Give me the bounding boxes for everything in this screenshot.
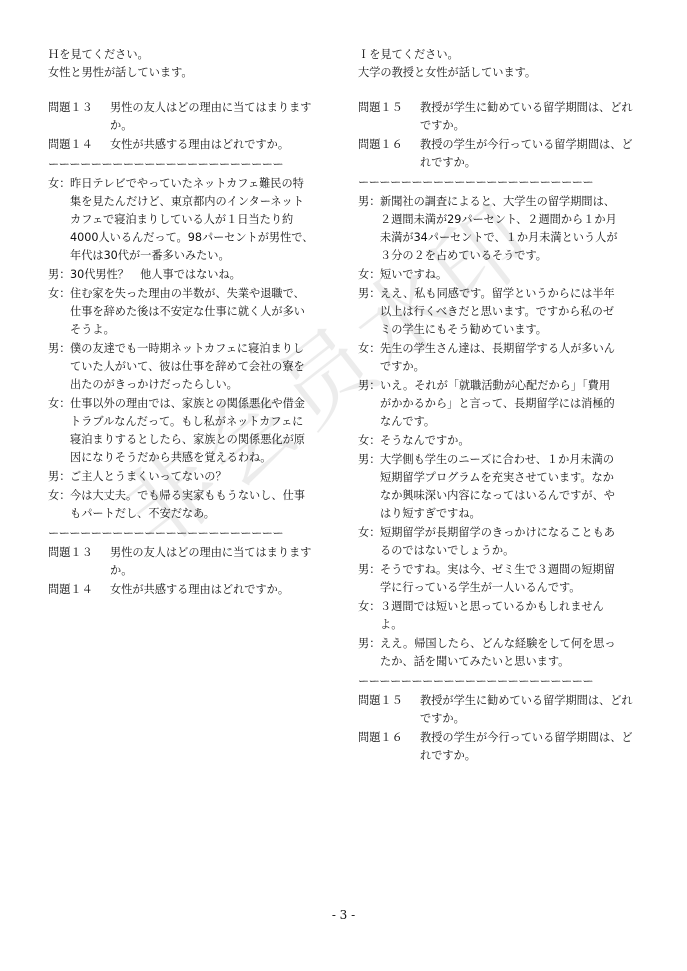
dialogue-line: 今は大丈夫。でも帰る実家ももうないし、仕事	[70, 487, 338, 505]
dialogue-line: 出たのがきっかけだったらしい。	[70, 376, 338, 394]
dialogue-line: 因になりそうだから共感を覚えるわね。	[70, 449, 338, 467]
question-text: 教授の学生が今行っている留学期間は、ど	[420, 729, 648, 747]
question-13: 問題１３ 男性の友人はどの理由に当てはまりますか。	[48, 99, 338, 135]
dialogue-line: ３分の２を占めているそうです。	[380, 247, 648, 265]
dialogue-turn: 男： そうですね。実は今、ゼミ生で３週間の短期留 学に行っている学生が一人いるん…	[358, 561, 648, 597]
speaker-label: 女：	[48, 487, 70, 523]
dialogue-turn: 女： 先生の学生さん達は、長期留学する人が多いん ですか。	[358, 340, 648, 376]
question-text: れですか。	[420, 747, 648, 765]
speaker-label: 女：	[358, 266, 380, 284]
speaker-label: 男：	[48, 468, 70, 486]
question-15: 問題１５ 教授が学生に勧めている留学期間は、どれですか。	[358, 692, 648, 728]
page-number: - 3 -	[0, 906, 687, 924]
dialogue-line: 短いですね。	[380, 266, 648, 284]
speaker-label: 男：	[358, 451, 380, 523]
question-14: 問題１４ 女性が共感する理由はどれですか。	[48, 136, 338, 154]
dialogue-line: 4000人いるんだって。98パーセントが男性で、	[70, 229, 338, 247]
separator-line: ーーーーーーーーーーーーーーーーーーーーーー	[358, 173, 648, 193]
dialogue-turn: 男： ええ、私も同感です。留学というからには半年 以上は行くべきだと思います。で…	[358, 285, 648, 339]
dialogue-line: ですか。	[380, 358, 648, 376]
dialogue-line: 住む家を失った理由の半数が、失業や退職で、	[70, 285, 338, 303]
question-number: 問題１５	[358, 99, 420, 135]
question-number: 問題１５	[358, 692, 420, 728]
dialogue-line: そうなんですか。	[380, 432, 648, 450]
dialogue-line: 学に行っている学生が一人いるんです。	[380, 579, 648, 597]
dialogue-line: 30代男性？ 他人事ではないね。	[70, 266, 338, 284]
intro-line: Ｉを見てください。	[358, 46, 648, 64]
dialogue-line: 大学側も学生のニーズに合わせ、１か月未満の	[380, 451, 648, 469]
question-14: 問題１４ 女性が共感する理由はどれですか。	[48, 581, 338, 599]
question-number: 問題１３	[48, 544, 110, 580]
question-text: 男性の友人はどの理由に当てはまります	[110, 544, 338, 562]
speaker-label: 女：	[358, 524, 380, 560]
dialogue-line: いえ。それが「就職活動が心配だから」「費用	[380, 377, 648, 395]
dialogue-turn: 女： 短いですね。	[358, 266, 648, 284]
dialogue-line: 仕事を辞めた後は不安定な仕事に就く人が多い	[70, 303, 338, 321]
dialogue-line: ていた人がいて、彼は仕事を辞めて会社の寮を	[70, 358, 338, 376]
speaker-label: 女：	[48, 395, 70, 467]
question-text: か。	[110, 562, 338, 580]
dialogue-turn: 女： 仕事以外の理由では、家族との関係悪化や借金 トラブルなんだって。もし私がネ…	[48, 395, 338, 467]
dialogue-line: ご主人とうまくいってないの？	[70, 468, 338, 486]
speaker-label: 男：	[48, 266, 70, 284]
question-text: か。	[110, 117, 338, 135]
dialogue-line: 仕事以外の理由では、家族との関係悪化や借金	[70, 395, 338, 413]
question-16: 問題１６ 教授の学生が今行っている留学期間は、どれですか。	[358, 729, 648, 765]
dialogue-line: がかかるから」と言って、長期留学には消極的	[380, 395, 648, 413]
dialogue-line: そうよ。	[70, 321, 338, 339]
question-text: 教授が学生に勧めている留学期間は、どれ	[420, 692, 648, 710]
left-column: Ｈを見てください。 女性と男性が話しています。 問題１３ 男性の友人はどの理由に…	[48, 46, 338, 600]
question-text: 女性が共感する理由はどれですか。	[110, 136, 338, 154]
dialogue-line: 未満が34パーセントで、１か月未満という人が	[380, 229, 648, 247]
dialogue-line: 以上は行くべきだと思います。ですから私のゼ	[380, 303, 648, 321]
separator-line: ーーーーーーーーーーーーーーーーーーーーーー	[48, 155, 338, 175]
dialogue-turn: 男： ええ。帰国したら、どんな経験をして何を思っ たか、話を聞いてみたいと思いま…	[358, 635, 648, 671]
speaker-label: 男：	[358, 377, 380, 431]
dialogue-turn: 男： 新聞社の調査によると、大学生の留学期間は、 ２週間未満が29パーセント、２…	[358, 193, 648, 265]
speaker-label: 男：	[48, 340, 70, 394]
dialogue-line: 新聞社の調査によると、大学生の留学期間は、	[380, 193, 648, 211]
dialogue-turn: 女： そうなんですか。	[358, 432, 648, 450]
dialogue-line: 短期留学が長期留学のきっかけになることもあ	[380, 524, 648, 542]
dialogue-line: ミの学生にもそう勧めています。	[380, 321, 648, 339]
speaker-label: 女：	[358, 340, 380, 376]
speaker-label: 男：	[358, 635, 380, 671]
question-text: 女性が共感する理由はどれですか。	[110, 581, 338, 599]
dialogue-line: 僕の友達でも一時期ネットカフェに寝泊まりし	[70, 340, 338, 358]
dialogue-line: トラブルなんだって。もし私がネットカフェに	[70, 413, 338, 431]
dialogue-turn: 男： いえ。それが「就職活動が心配だから」「費用 がかかるから」と言って、長期留…	[358, 377, 648, 431]
dialogue-line: ２週間未満が29パーセント、２週間から１か月	[380, 211, 648, 229]
question-number: 問題１６	[358, 729, 420, 765]
dialogue-line: なんです。	[380, 413, 648, 431]
intro-line: Ｈを見てください。	[48, 46, 338, 64]
speaker-label: 女：	[358, 598, 380, 634]
dialogue-line: なか興味深い内容になってはいるんですが、や	[380, 487, 648, 505]
question-15: 問題１５ 教授が学生に勧めている留学期間は、どれですか。	[358, 99, 648, 135]
question-text: れですか。	[420, 154, 648, 172]
dialogue-turn: 男： ご主人とうまくいってないの？	[48, 468, 338, 486]
dialogue-line: 寝泊まりするとしたら、家族との関係悪化が原	[70, 431, 338, 449]
dialogue-line: るのではないでしょうか。	[380, 542, 648, 560]
dialogue-turn: 男： 大学側も学生のニーズに合わせ、１か月未満の 短期留学プログラムを充実させて…	[358, 451, 648, 523]
dialogue-turn: 女： ３週間では短いと思っているかもしれません よ。	[358, 598, 648, 634]
speaker-label: 女：	[48, 175, 70, 265]
speaker-label: 男：	[358, 193, 380, 265]
dialogue-line: もパートだし、不安だなあ。	[70, 505, 338, 523]
question-text: ですか。	[420, 117, 648, 135]
dialogue-line: たか、話を聞いてみたいと思います。	[380, 653, 648, 671]
question-text: ですか。	[420, 710, 648, 728]
question-number: 問題１４	[48, 581, 110, 599]
question-13: 問題１３ 男性の友人はどの理由に当てはまりますか。	[48, 544, 338, 580]
dialogue-line: 年代は30代が一番多いみたい。	[70, 247, 338, 265]
intro-line: 女性と男性が話しています。	[48, 64, 338, 82]
dialogue-turn: 男： 僕の友達でも一時期ネットカフェに寝泊まりし ていた人がいて、彼は仕事を辞め…	[48, 340, 338, 394]
right-column: Ｉを見てください。 大学の教授と女性が話しています。 問題１５ 教授が学生に勧め…	[358, 46, 648, 766]
speaker-label: 男：	[358, 561, 380, 597]
question-number: 問題１３	[48, 99, 110, 135]
dialogue-line: ええ、私も同感です。留学というからには半年	[380, 285, 648, 303]
question-16: 問題１６ 教授の学生が今行っている留学期間は、どれですか。	[358, 136, 648, 172]
dialogue-line: 短期留学プログラムを充実させています。なか	[380, 469, 648, 487]
dialogue-turn: 男： 30代男性？ 他人事ではないね。	[48, 266, 338, 284]
dialogue-turn: 女： 住む家を失った理由の半数が、失業や退職で、 仕事を辞めた後は不安定な仕事に…	[48, 285, 338, 339]
intro-line: 大学の教授と女性が話しています。	[358, 64, 648, 82]
dialogue-line: カフェで寝泊まりしている人が１日当たり約	[70, 211, 338, 229]
separator-line: ーーーーーーーーーーーーーーーーーーーーーー	[358, 672, 648, 692]
dialogue-line: 先生の学生さん達は、長期留学する人が多いん	[380, 340, 648, 358]
question-text: 教授の学生が今行っている留学期間は、ど	[420, 136, 648, 154]
dialogue-line: ええ。帰国したら、どんな経験をして何を思っ	[380, 635, 648, 653]
dialogue-line: 昨日テレビでやっていたネットカフェ難民の特	[70, 175, 338, 193]
speaker-label: 男：	[358, 285, 380, 339]
dialogue-line: はり短すぎですね。	[380, 505, 648, 523]
question-text: 教授が学生に勧めている留学期間は、どれ	[420, 99, 648, 117]
dialogue-line: ３週間では短いと思っているかもしれません	[380, 598, 648, 616]
dialogue-line: よ。	[380, 616, 648, 634]
dialogue-turn: 女： 昨日テレビでやっていたネットカフェ難民の特 集を見たんだけど、東京都内のイ…	[48, 175, 338, 265]
dialogue-line: そうですね。実は今、ゼミ生で３週間の短期留	[380, 561, 648, 579]
question-number: 問題１６	[358, 136, 420, 172]
dialogue-turn: 女： 短期留学が長期留学のきっかけになることもあ るのではないでしょうか。	[358, 524, 648, 560]
dialogue-turn: 女： 今は大丈夫。でも帰る実家ももうないし、仕事 もパートだし、不安だなあ。	[48, 487, 338, 523]
question-text: 男性の友人はどの理由に当てはまります	[110, 99, 338, 117]
speaker-label: 女：	[358, 432, 380, 450]
dialogue-line: 集を見たんだけど、東京都内のインターネット	[70, 193, 338, 211]
speaker-label: 女：	[48, 285, 70, 339]
question-number: 問題１４	[48, 136, 110, 154]
separator-line: ーーーーーーーーーーーーーーーーーーーーーー	[48, 524, 338, 544]
